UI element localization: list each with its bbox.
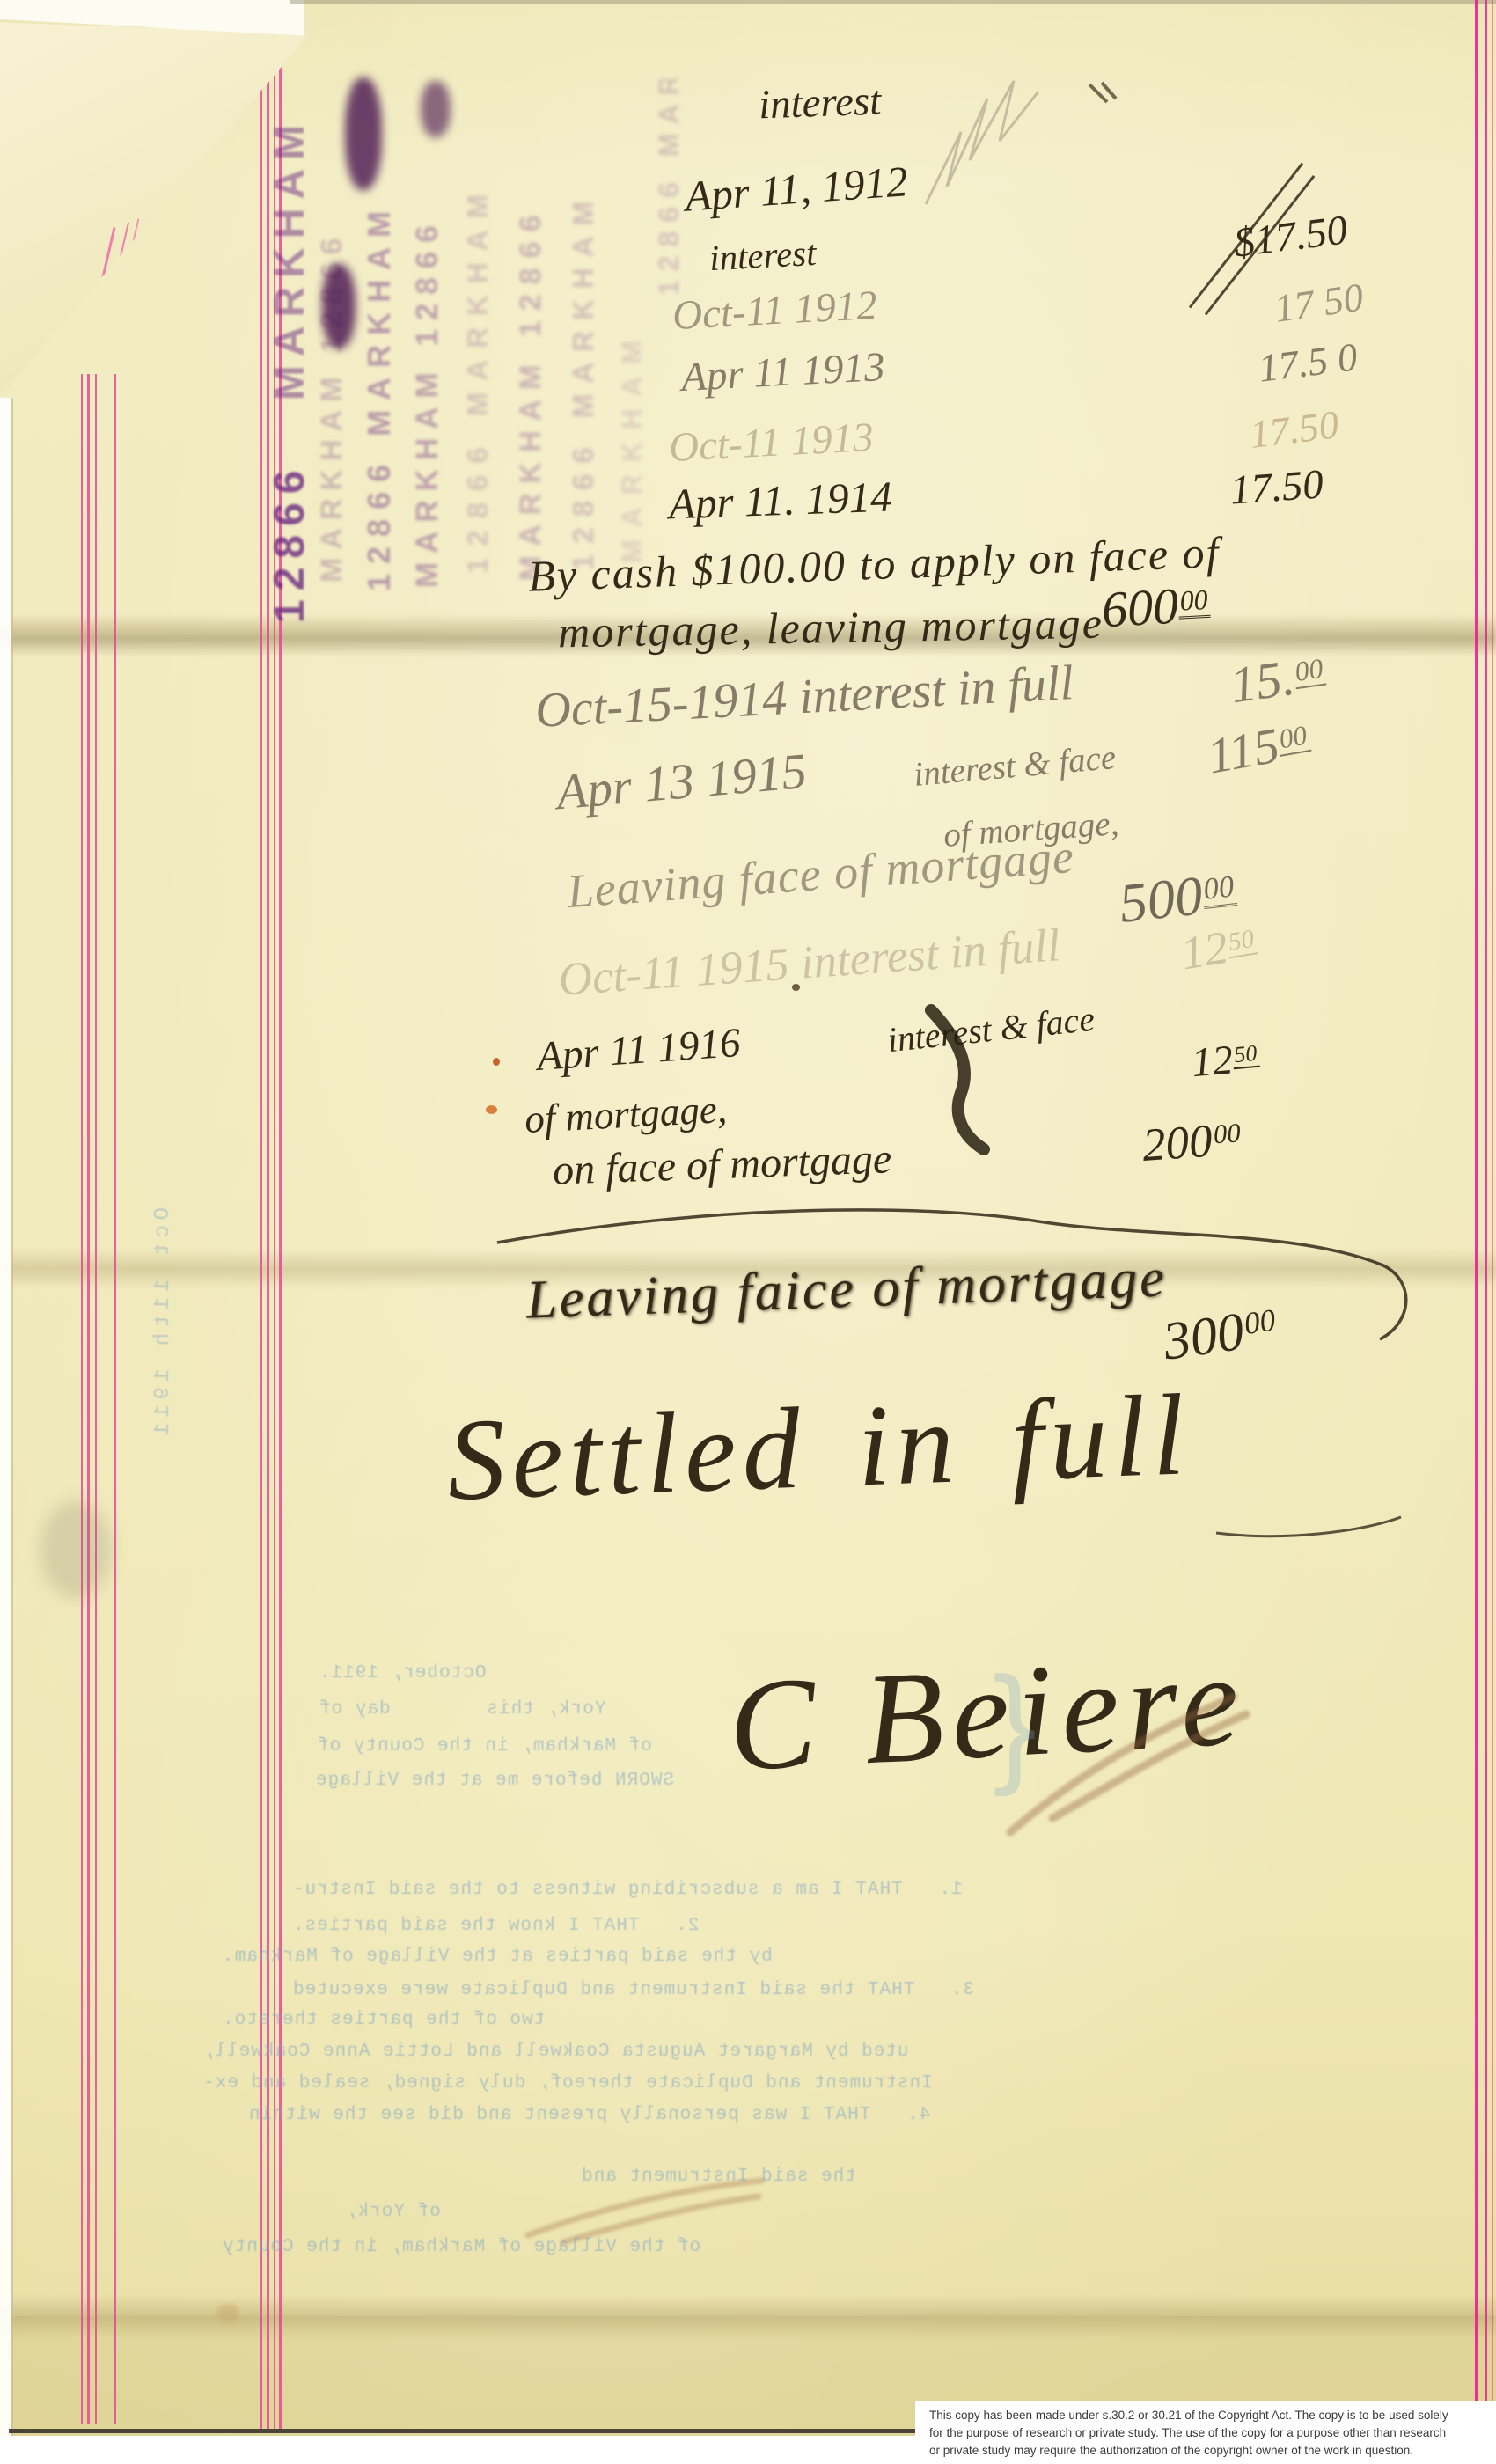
ink-fleck (1089, 83, 1116, 102)
bleed-affidavit-line: uted by Margaret Augusta Coakwell and Lo… (202, 2042, 909, 2062)
smudge (40, 1501, 111, 1598)
bleed-affidavit-line: of Markham, in the County of (317, 1736, 652, 1756)
left-scan-edge (0, 398, 11, 2439)
bleed-ghost-signature (1010, 1697, 1246, 1832)
bleed-affidavit-line: October, 1911. (319, 1663, 486, 1683)
bleed-affidavit-line: 1. THAT I am a subscribing witness to th… (292, 1880, 963, 1900)
bleed-affidavit-line: of the Village of Markham, in the County (222, 2237, 700, 2257)
top-paper-edge-line (290, 0, 1496, 4)
ruled-line-right (1485, 0, 1487, 2464)
bleed-affidavit-line: of York, (345, 2202, 441, 2222)
bleed-ghost-signature (528, 2181, 762, 2242)
pencil-squiggle (926, 81, 1038, 204)
ruled-line-right (1475, 0, 1478, 2464)
ink-speck (792, 984, 800, 991)
ruled-line-right (1492, 0, 1493, 2464)
flourish-line (497, 1210, 1406, 1339)
bleed-affidavit-line: 4. THAT I was personally present and did… (248, 2105, 930, 2125)
settled-underline-swash (1216, 1517, 1401, 1536)
rust-speck (486, 1105, 497, 1114)
copyright-notice-line: or private study may require the authori… (929, 2444, 1484, 2457)
bleed-affidavit-line: the said Instrument and (581, 2167, 856, 2187)
bottom-paper-edge-line (9, 2429, 922, 2433)
bleed-affidavit-line: by the said parties at the Village of Ma… (222, 1947, 773, 1967)
ink-flourishes (0, 0, 1496, 2464)
scanned-ledger-page: 12866 MARKHAM MARKHAM 12866 12866 MARKHA… (0, 0, 1496, 2464)
bleed-affidavit-line: 3. THAT the said Instrument and Duplicat… (292, 1980, 974, 2000)
bleed-affidavit-line: York, this day of (319, 1699, 605, 1720)
bleed-affidavit-line: two of the parties thereto. (222, 2010, 545, 2030)
bleed-affidavit-line: Instrument and Duplicate thereof, duly s… (202, 2073, 933, 2094)
bleed-affidavit-line: SWORN before me at the Village (315, 1771, 674, 1791)
ink-blob-bracket (931, 1010, 984, 1149)
bleed-affidavit-line: 2. THAT I know the said parties. (292, 1916, 699, 1936)
left-paper-edge-line (11, 398, 13, 2439)
copyright-notice-line: This copy has been made under s.30.2 or … (929, 2409, 1484, 2422)
stain (216, 2304, 239, 2323)
bleed-brace-mark: } (993, 1647, 1037, 1800)
rust-speck (493, 1058, 500, 1066)
copyright-notice-line: for the purpose of research or private s… (929, 2426, 1484, 2439)
